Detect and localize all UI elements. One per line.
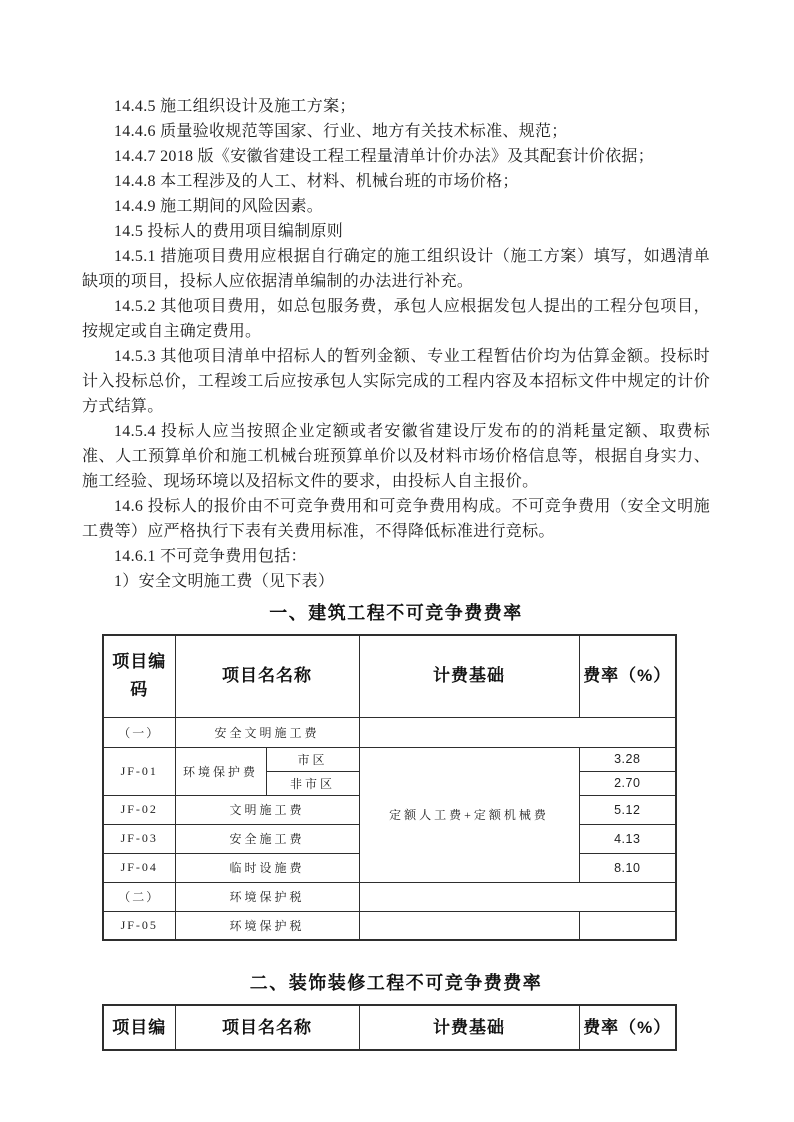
table1-header-row: 项目编码 项目名名称 计费基础 费率（%） <box>103 635 676 717</box>
clause-14-4-6: 14.4.6 质量验收规范等国家、行业、地方有关技术标准、规范； <box>82 119 710 144</box>
table-row-section1: （一） 安全文明施工费 <box>103 717 676 747</box>
table2-header-row: 项目编 项目名名称 计费基础 费率（%） <box>103 1005 676 1050</box>
section1-name: 安全文明施工费 <box>175 717 359 747</box>
clause-list-item-1: 1）安全文明施工费（见下表） <box>82 569 710 594</box>
section1-code: （一） <box>103 717 175 747</box>
clause-14-5-3: 14.5.3 其他项目清单中招标人的暂列金额、专业工程暂估价均为估算金额。投标时… <box>82 344 710 419</box>
section1-empty-cell <box>359 717 676 747</box>
jf05-empty-rate-cell <box>579 911 676 940</box>
section2-empty-cell <box>359 882 676 911</box>
table-row-jf05: JF-05 环境保护税 <box>103 911 676 940</box>
clause-14-4-5: 14.4.5 施工组织设计及施工方案； <box>82 94 710 119</box>
jf02-code: JF-02 <box>103 795 175 824</box>
jf05-name: 环境保护税 <box>175 911 359 940</box>
page-content: 14.4.5 施工组织设计及施工方案； 14.4.6 质量验收规范等国家、行业、… <box>0 0 794 1051</box>
basis-merged-cell: 定额人工费+定额机械费 <box>359 747 579 882</box>
table1-header-basis: 计费基础 <box>359 635 579 717</box>
table2-header-name: 项目名名称 <box>175 1005 359 1050</box>
clause-14-5: 14.5 投标人的费用项目编制原则 <box>82 219 710 244</box>
clause-14-5-1: 14.5.1 措施项目费用应根据自行确定的施工组织设计（施工方案）填写，如遇清单… <box>82 244 710 294</box>
clause-14-6: 14.6 投标人的报价由不可竞争费用和可竞争费用构成。不可竞争费用（安全文明施工… <box>82 494 710 544</box>
table1-header-code: 项目编码 <box>103 635 175 717</box>
jf04-code: JF-04 <box>103 853 175 882</box>
document-page: 14.4.5 施工组织设计及施工方案； 14.4.6 质量验收规范等国家、行业、… <box>0 0 794 1122</box>
table1-title: 一、建筑工程不可竞争费费率 <box>82 599 710 625</box>
jf05-empty-basis-cell <box>359 911 579 940</box>
jf01-area-nonurban: 非市区 <box>266 771 359 795</box>
jf05-code: JF-05 <box>103 911 175 940</box>
section2-name: 环境保护税 <box>175 882 359 911</box>
jf01-area-urban: 市区 <box>266 747 359 771</box>
table-row-section2: （二） 环境保护税 <box>103 882 676 911</box>
table2-header-basis: 计费基础 <box>359 1005 579 1050</box>
jf01-code: JF-01 <box>103 747 175 795</box>
jf04-name: 临时设施费 <box>175 853 359 882</box>
jf03-code: JF-03 <box>103 824 175 853</box>
jf01-rate-nonurban: 2.70 <box>579 771 676 795</box>
jf03-name: 安全施工费 <box>175 824 359 853</box>
table1-header-rate: 费率（%） <box>579 635 676 717</box>
jf01-name: 环境保护费 <box>175 747 266 795</box>
table2-header-code: 项目编 <box>103 1005 175 1050</box>
section2-code: （二） <box>103 882 175 911</box>
table-row-jf01-urban: JF-01 环境保护费 市区 定额人工费+定额机械费 3.28 <box>103 747 676 771</box>
table1-header-name: 项目名名称 <box>175 635 359 717</box>
clause-14-4-9: 14.4.9 施工期间的风险因素。 <box>82 194 710 219</box>
table1-header-code-label: 项目编码 <box>109 648 169 704</box>
jf02-name: 文明施工费 <box>175 795 359 824</box>
jf02-rate: 5.12 <box>579 795 676 824</box>
jf03-rate: 4.13 <box>579 824 676 853</box>
clause-14-5-4: 14.5.4 投标人应当按照企业定额或者安徽省建设厅发布的的消耗量定额、取费标准… <box>82 419 710 494</box>
table2-title: 二、装饰装修工程不可竞争费费率 <box>82 969 710 995</box>
jf04-rate: 8.10 <box>579 853 676 882</box>
table2-decoration-fee-rates: 项目编 项目名名称 计费基础 费率（%） <box>102 1004 677 1051</box>
jf01-rate-urban: 3.28 <box>579 747 676 771</box>
table1-building-fee-rates: 项目编码 项目名名称 计费基础 费率（%） （一） 安全文明施工费 JF-01 … <box>102 634 677 941</box>
clause-14-4-7: 14.4.7 2018 版《安徽省建设工程工程量清单计价办法》及其配套计价依据； <box>82 144 710 169</box>
clause-14-5-2: 14.5.2 其他项目费用，如总包服务费，承包人应根据发包人提出的工程分包项目，… <box>82 294 710 344</box>
clause-14-6-1: 14.6.1 不可竞争费用包括： <box>82 544 710 569</box>
table2-header-rate: 费率（%） <box>579 1005 676 1050</box>
clause-14-4-8: 14.4.8 本工程涉及的人工、材料、机械台班的市场价格； <box>82 169 710 194</box>
